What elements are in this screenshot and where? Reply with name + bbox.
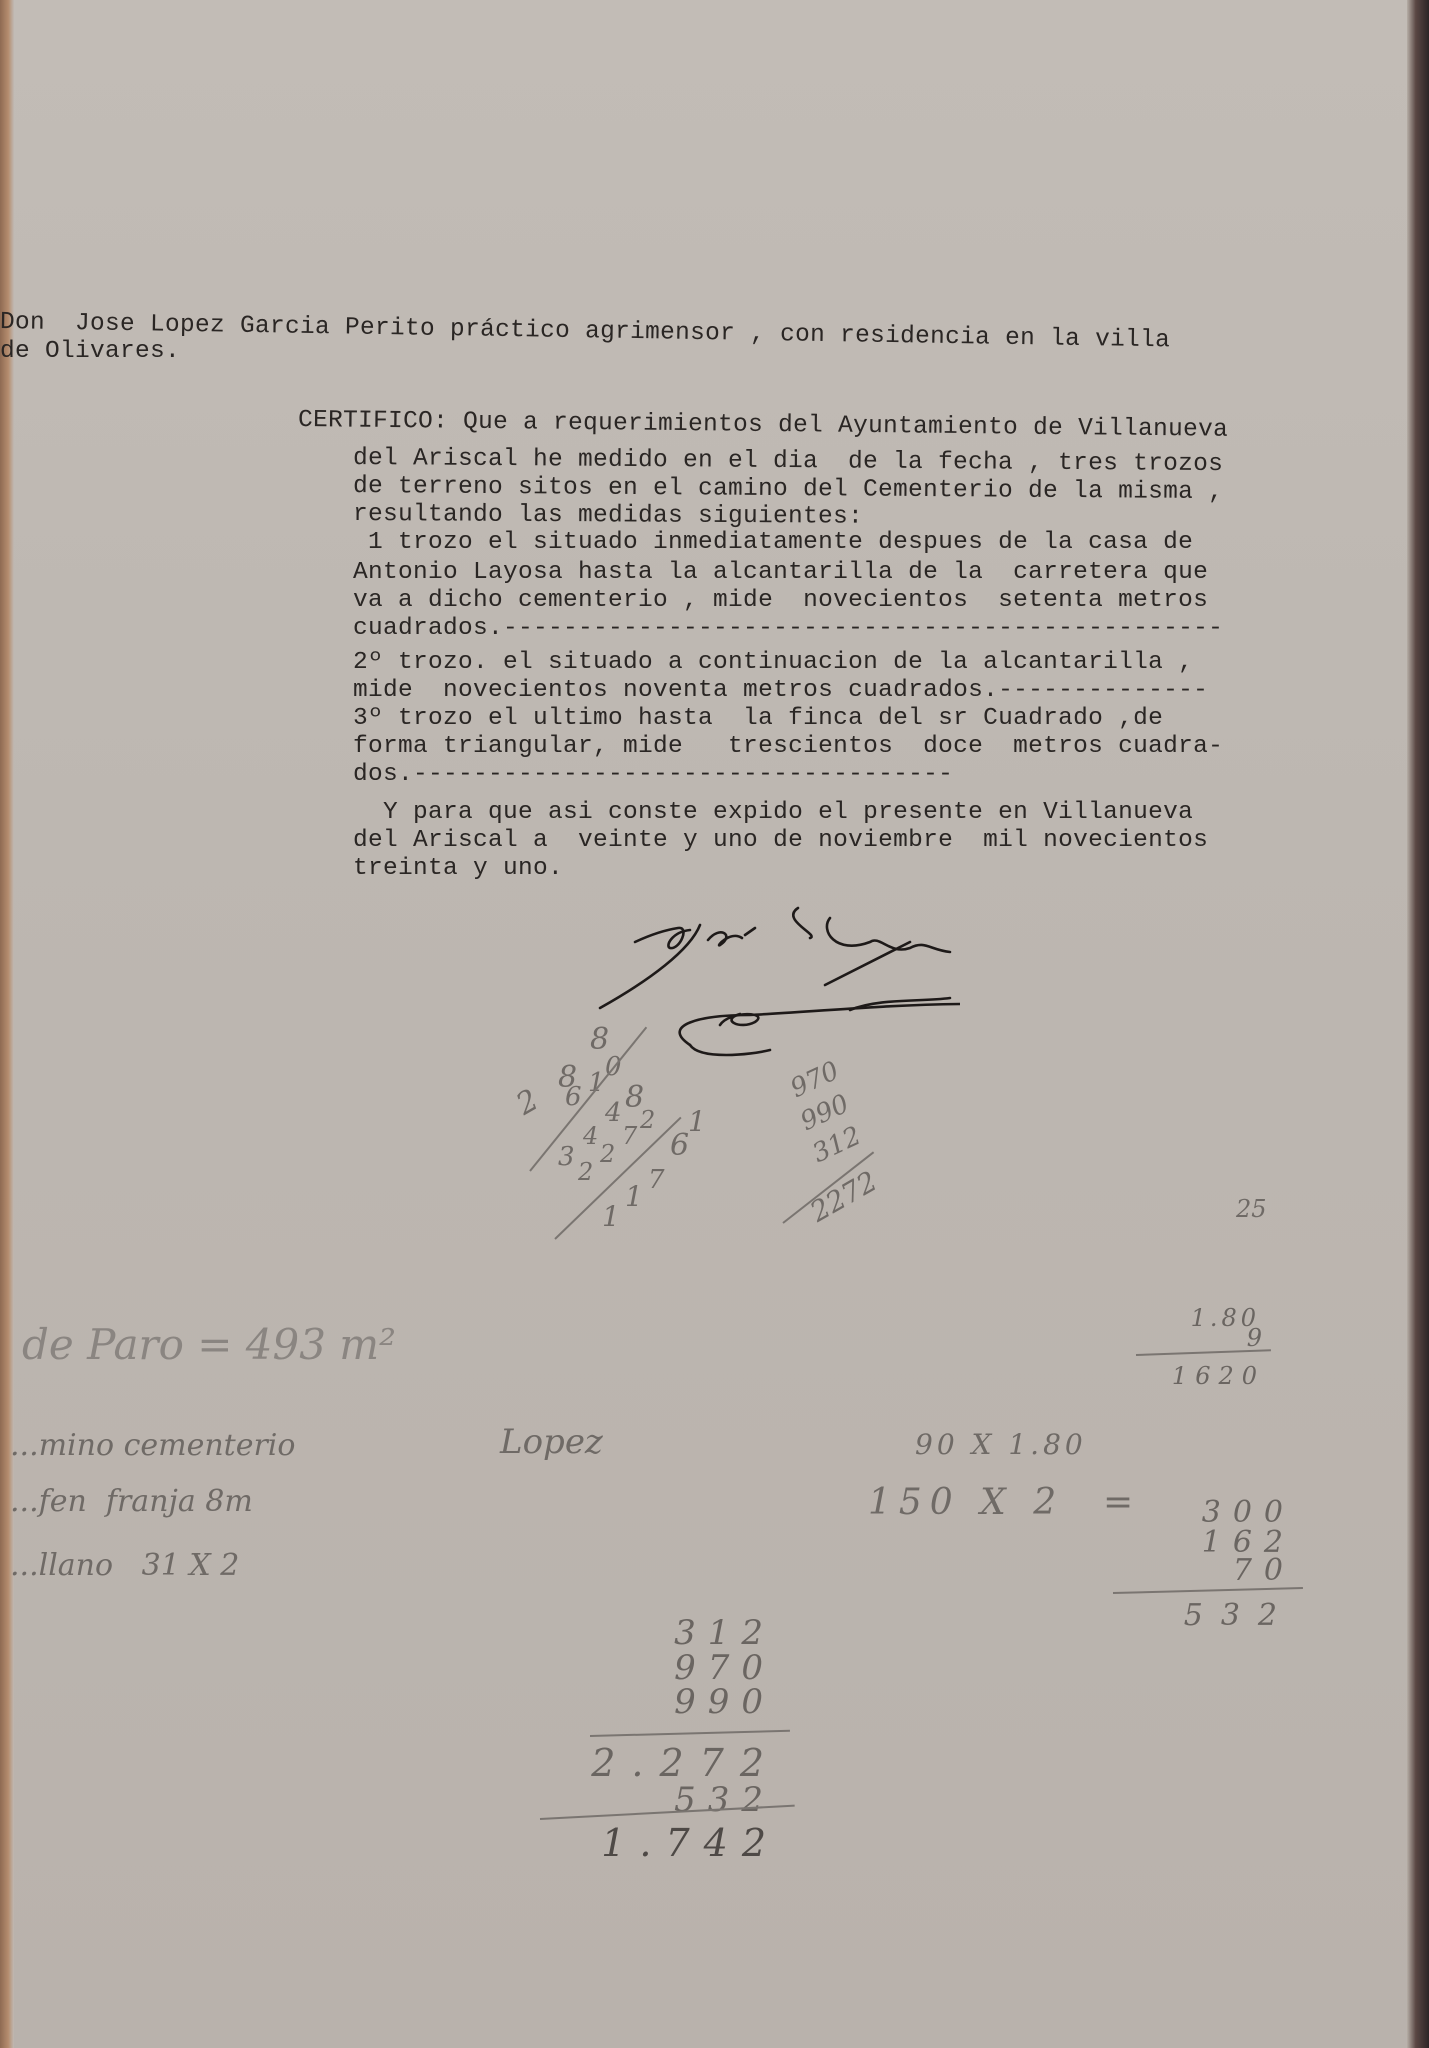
note-cementerio: ...mino cementerio (10, 1428, 295, 1463)
page-right-edge (1407, 0, 1429, 2048)
formula-2: 150 X 2 = (868, 1482, 1141, 1523)
multiplication-result: 1620 (1150, 1358, 1265, 1394)
note-area: de Paro = 493 m² (22, 1320, 396, 1369)
sum-row: 970 (640, 1650, 775, 1686)
note-calle: ...llano 31 X 2 (10, 1548, 239, 1583)
sum-row: 312 (640, 1615, 775, 1651)
body-line: dos.------------------------------------ (353, 762, 953, 788)
sum-result: 1.742 (570, 1825, 780, 1861)
signature-icon (580, 880, 960, 1060)
calc-digit: 2 (640, 1106, 655, 1134)
body-line: cuadrados.------------------------------… (353, 616, 1223, 642)
calc-digit: 7 (622, 1122, 637, 1150)
calc-digit: 4 (605, 1098, 622, 1128)
calc-digit: 1 (688, 1105, 706, 1138)
body-line: 1 trozo el situado inmediatamente despue… (353, 530, 1193, 556)
body-line: mide novecientos noventa metros cuadrado… (353, 678, 1208, 704)
formula-1: 90 X 1.80 (915, 1428, 1087, 1461)
calc-digit: 6 (670, 1128, 689, 1163)
calc-digit: 2 (600, 1140, 615, 1168)
calc-digit: 7 (648, 1165, 665, 1195)
sum-row: 70 (1180, 1553, 1295, 1589)
body-line: forma triangular, mide trescientos doce … (353, 734, 1223, 760)
body-line: 2º trozo. el situado a continuacion de l… (353, 650, 1193, 676)
note-franja: ...fen franja 8m (10, 1484, 253, 1519)
calc-digit: 2 (578, 1158, 593, 1186)
calc-digit: 1 (602, 1200, 620, 1233)
sum-subtotal: 2.272 (570, 1745, 780, 1781)
calc-digit: 4 (583, 1122, 598, 1150)
body-line: del Ariscal a veinte y uno de noviembre … (353, 828, 1208, 854)
margin-mark: 25 (1236, 1195, 1267, 1223)
note-lopez: Lopez (500, 1422, 603, 1462)
body-line: treinta y uno. (353, 856, 563, 882)
body-line: 3º trozo el ultimo hasta la finca del sr… (353, 706, 1163, 732)
calc-digit: 1 (625, 1180, 643, 1213)
body-line: va a dicho cementerio , mide novecientos… (353, 588, 1208, 614)
body-line: resultando las medidas siguientes: (353, 502, 863, 531)
sum-row: 990 (640, 1684, 775, 1720)
sum-total: 532 (1150, 1598, 1295, 1634)
signature (580, 880, 960, 1060)
calc-digit: 3 (558, 1142, 575, 1172)
body-line: Antonio Layosa hasta la alcantarilla de … (353, 560, 1208, 586)
page-left-edge (0, 0, 14, 2048)
header-line-2: de Olivares. (0, 339, 180, 365)
body-line: Y para que asi conste expido el presente… (353, 800, 1193, 826)
